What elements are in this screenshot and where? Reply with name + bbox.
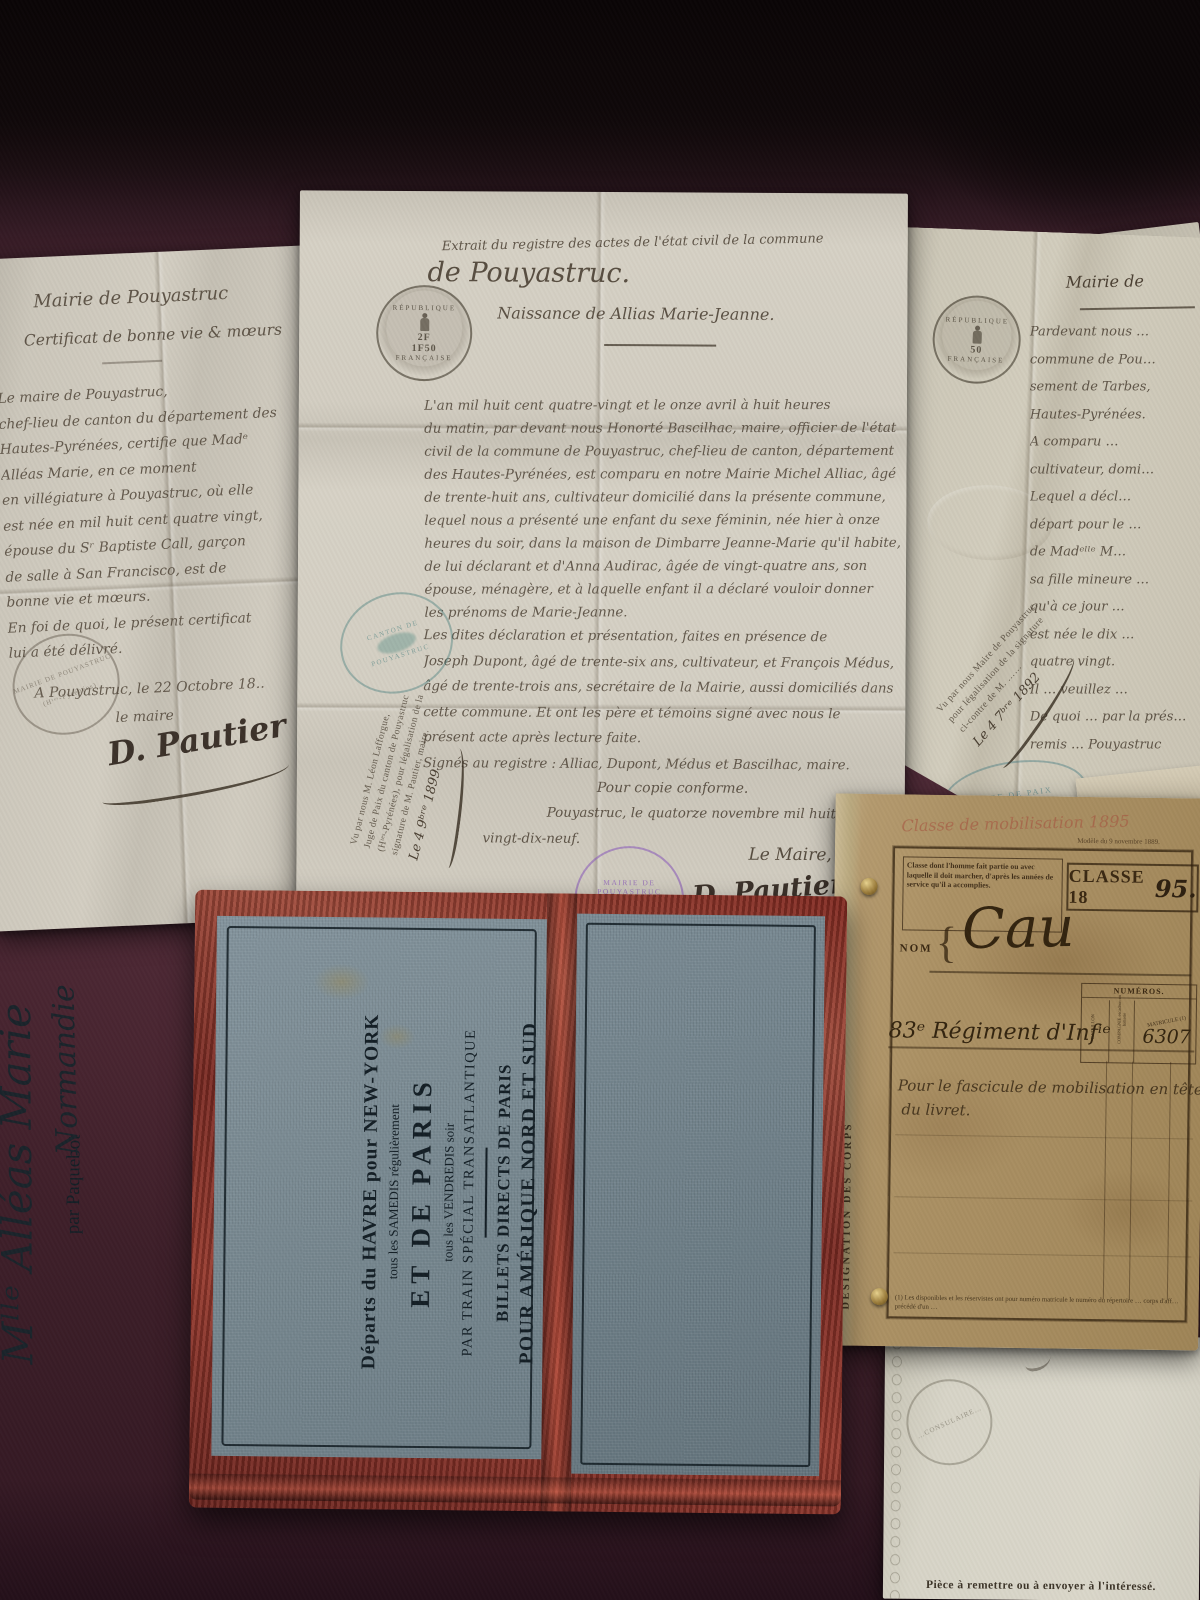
stamp-text: …CONSULAIRE… — [916, 1404, 983, 1440]
title-underline — [1080, 306, 1195, 310]
class-note-text: Classe dont l'homme fait partie ou avec … — [907, 860, 1059, 891]
stamp-text: FRANÇAISE — [396, 354, 453, 362]
passenger-name-handwritten: Mˡˡᵉ Alléas Marie — [0, 914, 43, 1454]
text-line: Pardevant nous … — [1030, 319, 1200, 347]
fascicule-note-line2: du livret. — [901, 1100, 970, 1119]
text-line: Signés au registre : Alliac, Dupont, Méd… — [423, 751, 901, 779]
stamp-text: RÉPUBLIQUE — [393, 304, 457, 312]
billets-directs-line: BILLETS DIRECTS DE PARIS — [491, 931, 516, 1455]
subtitle-flourish — [102, 360, 162, 365]
nom-brace: { — [935, 917, 957, 968]
extract-naissance: Naissance de Allias Marie-Jeanne. — [497, 303, 774, 323]
vendredis-line: tous les VENDREDIS soir — [438, 930, 459, 1454]
text-line: A comparu … — [1030, 429, 1200, 457]
train-special-line: PAR TRAIN SPÉCIAL TRANSATLANTIQUE — [458, 930, 480, 1454]
stamp-value: 2F — [418, 332, 431, 343]
text-line: épouse, ménagère, et à laquelle enfant i… — [424, 578, 902, 602]
guilloche-border — [887, 1335, 905, 1599]
ticket-wallet: BILLET DE PASSAGE pour Mˡˡᵉ Alléas Marie… — [189, 890, 847, 1515]
bottom-form-sheet: …CONSULAIRE… Pièce à remettre ou à envoy… — [883, 1335, 1200, 1600]
stamp-value: 1F50 — [412, 343, 437, 354]
text-line: des Hautes-Pyrénées, est comparu en notr… — [424, 463, 902, 487]
copy-conforme-line: Pour copie conforme. — [597, 780, 749, 797]
header-rule — [604, 344, 716, 347]
text-line: L'an mil huit cent quatre-vingt et le on… — [424, 394, 902, 418]
text-line: départ pour le … — [1030, 511, 1200, 539]
regiment-handwritten: 83ᵉ Régiment d'Infⁱᵉ — [888, 1018, 1110, 1046]
bottom-sheet-footer: Pièce à remettre ou à envoyer à l'intére… — [883, 1579, 1199, 1594]
wallet-left-rotated-text: BILLET DE PASSAGE pour Mˡˡᵉ Alléas Marie… — [0, 912, 217, 1455]
divider-ornament — [479, 931, 492, 1455]
departs-havre-line: Départs du HAVRE pour NEW-YORK — [357, 929, 384, 1453]
photo-of-antique-documents: RÉPUBLIQUE 50 FRANÇAISE Mairie de Pardev… — [0, 0, 1200, 1600]
red-mobilisation-note: Classe de mobilisation 1895 — [901, 812, 1129, 836]
text-line: De quoi … par la prés… — [1030, 704, 1200, 732]
surname-handwritten: Cau — [961, 895, 1075, 962]
right-letter-title: Mairie de — [1066, 271, 1144, 291]
numeros-header: NUMÉROS. — [1082, 986, 1196, 1000]
right-letter: RÉPUBLIQUE 50 FRANÇAISE Mairie de Pardev… — [862, 226, 1200, 837]
text-line: commune de Pou… — [1030, 346, 1200, 374]
wallet-right-panel: Départs du HAVRE pour NEW-YORK tous les … — [571, 914, 825, 1477]
text-line: Lequel a décl… — [1030, 484, 1200, 512]
nom-label: NOM — [900, 942, 933, 954]
mayor-line: Le Maire, — [748, 845, 831, 865]
stray-pen-flourish — [1024, 1349, 1052, 1372]
stamp-text: FRANÇAISE — [947, 354, 1004, 364]
amerique-line: POUR AMÉRIQUE NORD ET SUD — [515, 931, 542, 1455]
allegory-figure-icon — [418, 313, 430, 331]
divider-line — [485, 1148, 488, 1238]
et-de-paris-line: ET DE PARIS — [403, 930, 439, 1454]
classe-label: CLASSE 18 — [1068, 866, 1155, 909]
extract-body-paragraph1: L'an mil huit cent quatre-vingt et le on… — [424, 394, 902, 625]
extract-header: Extrait du registre des actes de l'état … — [442, 229, 912, 254]
left-letter-title: Mairie de Pouyastruc — [33, 283, 229, 312]
matricule-handwritten: 6307 — [1142, 1026, 1191, 1049]
revenue-stamp-icon: RÉPUBLIQUE 50 FRANÇAISE — [931, 294, 1022, 385]
classe-year-handwritten: 95. — [1155, 873, 1197, 903]
text-line: les prénoms de Marie-Jeanne. — [424, 601, 902, 625]
text-line: du matin, par devant nous Honorté Bascil… — [424, 417, 902, 441]
text-line: de trente-huit ans, cultivateur domicili… — [424, 486, 902, 510]
model-note: Modèle du 9 novembre 1889. — [1077, 837, 1160, 846]
classe-box: CLASSE 18 95. — [1066, 863, 1199, 913]
copy-date-line2: vingt-dix-neuf. — [483, 831, 581, 847]
text-line: présent acte après lecture faite. — [423, 725, 901, 753]
stamp-text: (Hᵗᵉˢ-Pyrénées) — [42, 681, 98, 708]
text-line: Hautes-Pyrénées. — [1030, 401, 1200, 429]
text-line: civil de la commune de Pouyastruc, chef-… — [424, 440, 902, 464]
text-line: heures du soir, dans la maison de Dimbar… — [424, 532, 902, 556]
designation-des-corps-vertical: DÉSIGNATION DES CORPS — [859, 890, 883, 1310]
extract-commune: de Pouyastruc. — [427, 257, 630, 289]
military-booklet: Classe de mobilisation 1895 Modèle du 9 … — [828, 793, 1200, 1350]
text-line: remis … Pouyastruc — [1030, 731, 1200, 759]
text-line: de lui déclarant et d'Anna Audirac, âgée… — [424, 555, 902, 579]
text-line: lequel nous a présenté une enfant du sex… — [424, 509, 902, 533]
revenue-stamp-icon: RÉPUBLIQUE 2F 1F50 FRANÇAISE — [376, 285, 473, 382]
leather-bottom-edge-highlight — [189, 1474, 841, 1507]
stamp-text: MAIRIE DE POUYASTRUC — [12, 652, 112, 696]
wallet-right-rotated-text: Départs du HAVRE pour NEW-YORK tous les … — [323, 911, 577, 1474]
table-column-line — [1133, 1001, 1135, 1063]
consular-round-stamp: …CONSULAIRE… — [892, 1365, 1006, 1479]
samedis-line: tous les SAMEDIS régulièrement — [383, 930, 404, 1454]
stamp-text: RÉPUBLIQUE — [945, 315, 1009, 325]
left-letter-role: le maire — [115, 708, 174, 727]
birth-extract-document: RÉPUBLIQUE 2F 1F50 FRANÇAISE Extrait du … — [296, 190, 908, 945]
text-line: cette commune. Et ont les père et témoin… — [423, 700, 901, 728]
text-line: cultivateur, domi… — [1030, 456, 1200, 484]
left-letter-body: Le maire de Pouyastruc,chef-lieu de cant… — [0, 373, 329, 667]
allegory-figure-icon — [971, 325, 984, 343]
text-line: sement de Tarbes, — [1030, 374, 1200, 402]
stamp-value: 50 — [970, 344, 982, 355]
col-compagnie-label: COMPAGNIE escadron ou batterie — [1116, 993, 1127, 1045]
panel-frame — [580, 923, 816, 1467]
